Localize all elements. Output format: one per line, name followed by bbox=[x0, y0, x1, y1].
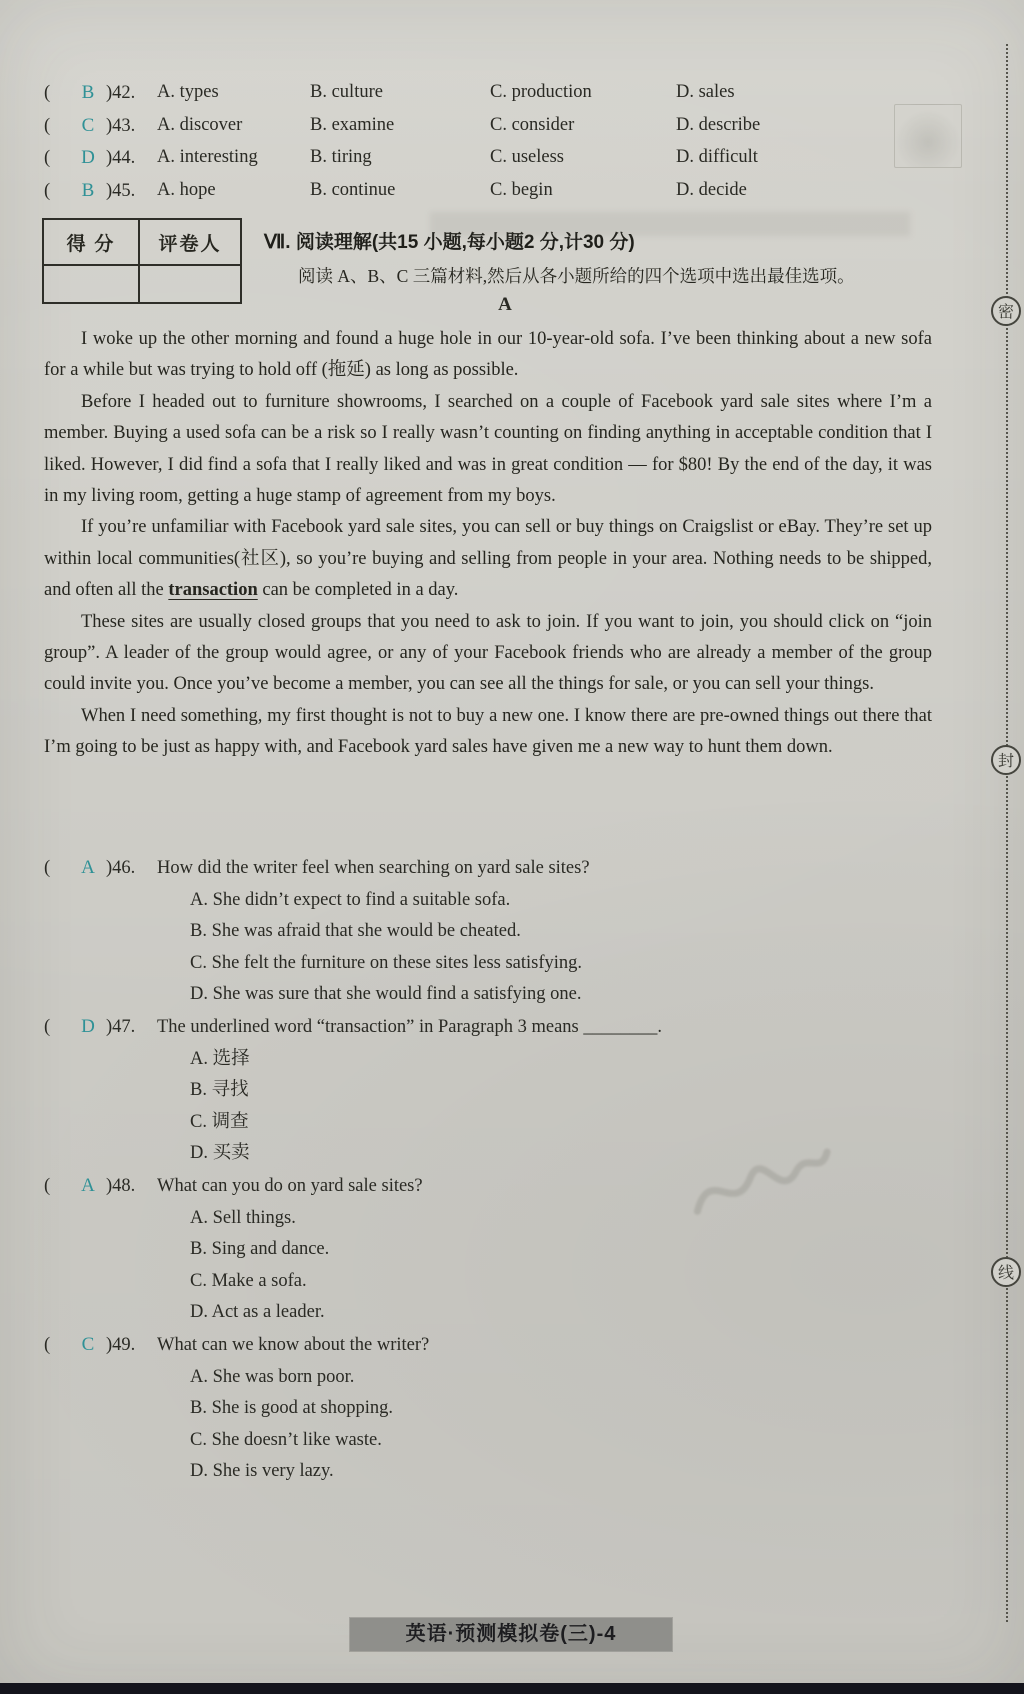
cloze-option: B. examine bbox=[310, 115, 394, 136]
passage-paragraph: When I need something, my first thought … bbox=[44, 701, 932, 764]
open-paren: ( bbox=[44, 1012, 70, 1044]
passage-paragraph: If you’re unfamiliar with Facebook yard … bbox=[44, 512, 932, 606]
seal-mark-xian-icon: 线 bbox=[991, 1257, 1021, 1287]
passage-label: A bbox=[0, 294, 1010, 316]
cloze-option: A. interesting bbox=[157, 147, 258, 168]
cloze-row: (C)43. A. discover B. examine C. conside… bbox=[44, 115, 974, 148]
section-instruction: 阅读 A、B、C 三篇材料,然后从各小题所给的四个选项中选出最佳选项。 bbox=[264, 260, 964, 292]
question-number: )45. bbox=[106, 181, 135, 202]
question-option: B. She is good at shopping. bbox=[44, 1393, 944, 1425]
question-option: D. She is very lazy. bbox=[44, 1456, 944, 1488]
question-number: )42. bbox=[106, 83, 135, 104]
cloze-option: D. difficult bbox=[676, 147, 758, 168]
question-option: A. She was born poor. bbox=[44, 1362, 944, 1394]
question-option: A. 选择 bbox=[44, 1044, 944, 1076]
cloze-option: A. types bbox=[157, 82, 219, 103]
answer-prefix: (B)45. bbox=[44, 180, 135, 202]
open-paren: ( bbox=[44, 116, 70, 137]
answer-letter: C bbox=[70, 1329, 106, 1361]
question-block: (C)49. What can we know about the writer… bbox=[44, 1329, 944, 1488]
answer-prefix: (A)46. bbox=[44, 852, 157, 885]
question-option: B. She was afraid that she would be chea… bbox=[44, 916, 944, 948]
answer-prefix: (A)48. bbox=[44, 1170, 157, 1203]
answer-prefix: (D)47. bbox=[44, 1011, 157, 1044]
question-number: )44. bbox=[106, 148, 135, 169]
answer-letter: B bbox=[70, 180, 106, 202]
question-number: )47. bbox=[106, 1012, 135, 1044]
score-label-cell: 得 分 bbox=[43, 219, 139, 265]
answer-letter: D bbox=[70, 1011, 106, 1043]
question-text: What can we know about the writer? bbox=[157, 1330, 944, 1362]
cloze-row: (D)44. A. interesting B. tiring C. usele… bbox=[44, 147, 974, 180]
cloze-row: (B)45. A. hope B. continue C. begin D. d… bbox=[44, 180, 974, 213]
answer-prefix: (B)42. bbox=[44, 82, 135, 104]
question-number: )48. bbox=[106, 1171, 135, 1203]
question-number: )43. bbox=[106, 116, 135, 137]
open-paren: ( bbox=[44, 1171, 70, 1203]
cloze-answer-block: (B)42. A. types B. culture C. production… bbox=[44, 82, 974, 212]
cloze-option: C. consider bbox=[490, 115, 574, 136]
cloze-option: C. production bbox=[490, 82, 592, 103]
cloze-option: D. sales bbox=[676, 82, 735, 103]
answer-letter: D bbox=[70, 147, 106, 169]
passage-paragraph: These sites are usually closed groups th… bbox=[44, 607, 932, 701]
photo-bottom-edge bbox=[0, 1683, 1024, 1694]
question-number: )46. bbox=[106, 853, 135, 885]
cloze-option: B. tiring bbox=[310, 147, 372, 168]
answer-letter: C bbox=[70, 115, 106, 137]
question-text: How did the writer feel when searching o… bbox=[157, 853, 944, 885]
score-table: 得 分 评卷人 bbox=[42, 218, 242, 304]
question-option: B. 寻找 bbox=[44, 1075, 944, 1107]
question-text: The underlined word “transaction” in Par… bbox=[157, 1012, 944, 1044]
open-paren: ( bbox=[44, 148, 70, 169]
question-option: D. Act as a leader. bbox=[44, 1297, 944, 1329]
question-option: C. She felt the furniture on these sites… bbox=[44, 948, 944, 980]
cloze-option: B. culture bbox=[310, 82, 383, 103]
open-paren: ( bbox=[44, 181, 70, 202]
answer-letter: A bbox=[70, 852, 106, 884]
cloze-option: D. describe bbox=[676, 115, 760, 136]
question-option: C. She doesn’t like waste. bbox=[44, 1425, 944, 1457]
underlined-word: transaction bbox=[168, 580, 257, 600]
answer-prefix: (D)44. bbox=[44, 147, 135, 169]
cloze-option: C. useless bbox=[490, 147, 564, 168]
page-footer-badge: 英语·预测模拟卷(三)-4 bbox=[350, 1618, 672, 1651]
cloze-option: C. begin bbox=[490, 180, 553, 201]
open-paren: ( bbox=[44, 83, 70, 104]
answer-prefix: (C)43. bbox=[44, 115, 135, 137]
exam-page: (B)42. A. types B. culture C. production… bbox=[0, 0, 1024, 1694]
cloze-option: A. hope bbox=[157, 180, 216, 201]
cloze-option: A. discover bbox=[157, 115, 242, 136]
reading-passage: I woke up the other morning and found a … bbox=[44, 324, 932, 764]
seal-mark-feng-icon: 封 bbox=[991, 745, 1021, 775]
question-option: C. Make a sofa. bbox=[44, 1266, 944, 1298]
bleed-through-text-ghost bbox=[430, 212, 910, 236]
cloze-option: D. decide bbox=[676, 180, 747, 201]
passage-paragraph: Before I headed out to furniture showroo… bbox=[44, 387, 932, 513]
cloze-row: (B)42. A. types B. culture C. production… bbox=[44, 82, 974, 115]
answer-prefix: (C)49. bbox=[44, 1329, 157, 1362]
answer-letter: A bbox=[70, 1170, 106, 1202]
question-option: D. She was sure that she would find a sa… bbox=[44, 979, 944, 1011]
open-paren: ( bbox=[44, 853, 70, 885]
grader-label-cell: 评卷人 bbox=[139, 219, 241, 265]
open-paren: ( bbox=[44, 1330, 70, 1362]
passage-paragraph: I woke up the other morning and found a … bbox=[44, 324, 932, 387]
seal-mark-mi-icon: 密 bbox=[991, 296, 1021, 326]
question-block: (A)46. How did the writer feel when sear… bbox=[44, 852, 944, 1011]
question-number: )49. bbox=[106, 1330, 135, 1362]
question-option: B. Sing and dance. bbox=[44, 1234, 944, 1266]
cloze-option: B. continue bbox=[310, 180, 395, 201]
answer-letter: B bbox=[70, 82, 106, 104]
bleed-through-stamp bbox=[894, 104, 962, 168]
question-option: A. She didn’t expect to find a suitable … bbox=[44, 885, 944, 917]
seal-dotted-line bbox=[1006, 44, 1008, 1622]
paragraph-text: can be completed in a day. bbox=[258, 580, 459, 600]
